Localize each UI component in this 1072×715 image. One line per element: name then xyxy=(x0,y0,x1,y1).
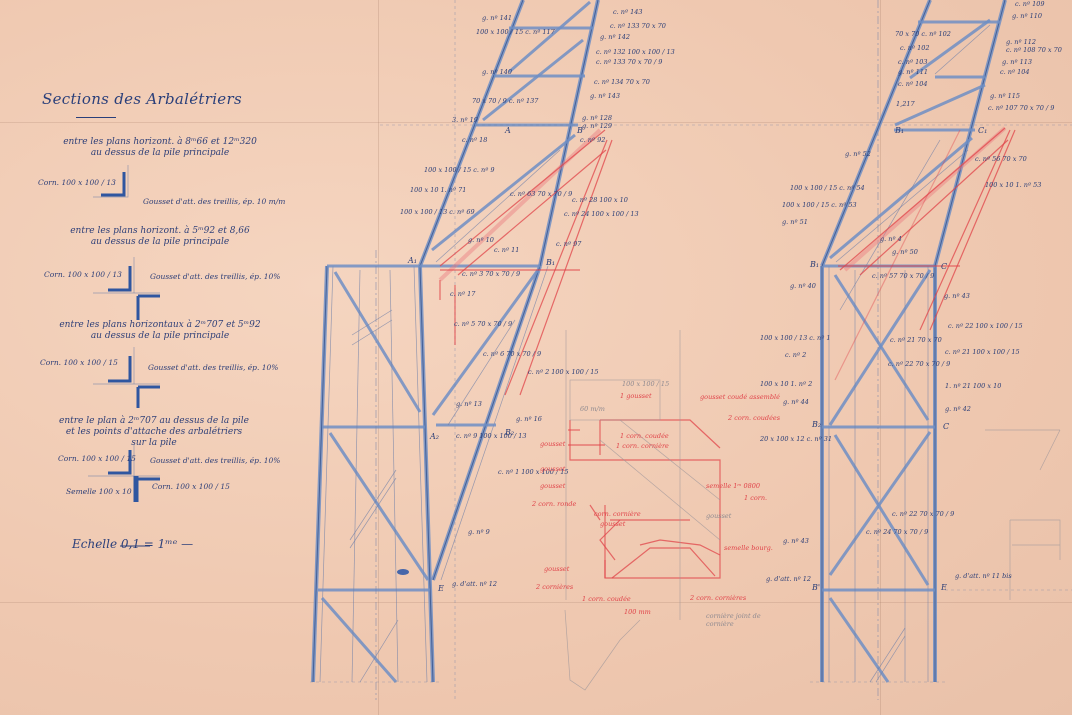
annotation: 70 x 70 c. nº 102 xyxy=(895,30,951,38)
annotation: 70 x 70 / 9 c. nº 137 xyxy=(472,97,538,105)
section-1-label-corner: Corn. 100 x 100 / 13 xyxy=(38,178,116,187)
annotation: c. nº 108 70 x 70 xyxy=(1006,46,1062,54)
drawing-title: Sections des Arbalétriers xyxy=(42,90,242,108)
node-label-a2: A₂ xyxy=(430,432,439,441)
title-underline xyxy=(76,117,116,118)
node-label-e: E xyxy=(438,584,444,593)
annotation: 1. nº 21 100 x 10 xyxy=(945,382,1001,390)
annotation: c. nº 133 70 x 70 / 9 xyxy=(596,58,662,66)
red-annotation: gousset xyxy=(540,482,565,490)
section-4-label-corner: Corn. 100 x 100 / 15 xyxy=(58,454,136,463)
annotation: c. nº 107 70 x 70 / 9 xyxy=(988,104,1054,112)
annotation: 100 x 100 / 13 c. nº 1 xyxy=(760,334,831,342)
annotation: g. d'att. nº 11 bis xyxy=(955,572,1012,580)
red-annotation: 1 corn. coudée xyxy=(620,432,669,440)
section-2-cross xyxy=(93,257,160,320)
annotation: 100 x 100 / 15 c. nº 54 xyxy=(790,184,865,192)
section-2-heading: entre les plans horizont. à 5ᵐ92 et 8,66… xyxy=(40,226,280,248)
node-label-b: B xyxy=(577,126,583,135)
annotation: c. nº 21 100 x 100 / 15 xyxy=(945,348,1020,356)
section-3-heading: entre les plans horizontaux à 2ᵐ707 et 5… xyxy=(40,320,280,342)
annotation: c. nº 18 xyxy=(462,136,487,144)
annotation: g. nº 44 xyxy=(783,398,809,406)
pencil-annotation: 100 x 100 / 15 xyxy=(622,380,669,388)
annotation: 100 x 10 1. nº 71 xyxy=(410,186,466,194)
annotation: 100 x 100 / 15 c. nº 117 xyxy=(476,28,555,36)
annotation: 100 x 10 1. nº 53 xyxy=(985,181,1041,189)
annotation: g. nº 140 xyxy=(482,68,512,76)
section-4-label-corner-2: Corn. 100 x 100 / 15 xyxy=(152,482,230,491)
annotation: c. nº 17 xyxy=(450,290,475,298)
annotation: g. d'att. nº 12 xyxy=(766,575,811,583)
annotation: c. nº 97 xyxy=(556,240,581,248)
red-annotation: 2 corn. coudées xyxy=(728,414,780,422)
annotation: g. nº 43 xyxy=(944,292,970,300)
annotation: c. nº 24 70 x 70 / 9 xyxy=(866,528,928,536)
annotation: c. nº 56 70 x 70 xyxy=(975,155,1027,163)
annotation: g. nº 4 xyxy=(880,235,902,243)
annotation: c. nº 102 xyxy=(900,44,930,52)
annotation: c. nº 143 xyxy=(613,8,643,16)
annotation: 100 x 100 / 15 c. nº 9 xyxy=(424,166,495,174)
annotation: g. nº 113 xyxy=(1002,58,1032,66)
annotation: c. nº 6 70 x 70 / 9 xyxy=(483,350,541,358)
annotation: c. nº 104 xyxy=(898,80,928,88)
node-label-c: C xyxy=(941,262,947,271)
annotation: c. nº 104 xyxy=(1000,68,1030,76)
annotation: 3. nº 19 xyxy=(452,116,478,124)
annotation: g. nº 111 xyxy=(898,68,928,76)
node-label-e-right: E xyxy=(941,583,947,592)
red-annotation: 1 gousset xyxy=(620,392,652,400)
red-annotation: gousset xyxy=(540,465,565,473)
annotation: c. nº 132 100 x 100 / 13 xyxy=(596,48,675,56)
annotation: c. nº 63 70 x 70 / 9 xyxy=(510,190,572,198)
section-1-label-gusset: Gousset d'att. des treillis, ép. 10 m/m xyxy=(143,197,285,206)
section-4-label-semelle: Semelle 100 x 10 xyxy=(66,487,132,496)
pencil-annotation: cornière joint de cornière xyxy=(706,612,766,628)
annotation: c. nº 109 xyxy=(1015,0,1045,8)
annotation: g. nº 141 xyxy=(482,14,512,22)
annotation: c. nº 24 100 x 100 / 13 xyxy=(564,210,639,218)
node-label-b1: B₁ xyxy=(546,258,555,267)
section-4-label-gusset: Gousset d'att. des treillis, ép. 10% xyxy=(150,456,280,465)
annotation: g. nº 16 xyxy=(516,415,542,423)
annotation: 100 x 100 / 13 c. nº 69 xyxy=(400,208,475,216)
annotation: g. nº 110 xyxy=(1012,12,1042,20)
node-label-b-prime: B' xyxy=(812,583,820,592)
scale-label: Echelle 0,1 = 1ᵐᵉ — xyxy=(72,537,193,551)
annotation: c. nº 28 100 x 10 xyxy=(572,196,628,204)
node-label-a: A xyxy=(505,126,511,135)
annotation: g. nº 42 xyxy=(945,405,971,413)
section-2-label-corner: Corn. 100 x 100 / 13 xyxy=(44,270,122,279)
red-annotation: 1 corn. coudée xyxy=(582,595,631,603)
section-3-label-gusset: Gousset d'att. des treillis, ép. 10% xyxy=(148,363,278,372)
annotation: g. nº 51 xyxy=(782,218,808,226)
red-annotation: gousset xyxy=(540,440,565,448)
node-label-c1: C₁ xyxy=(978,126,987,135)
node-label-b-right: B₁ xyxy=(895,126,904,135)
annotation: c. nº 22 70 x 70 / 9 xyxy=(892,510,954,518)
annotation: 1,217 xyxy=(896,100,915,108)
annotation: c. nº 21 70 x 70 xyxy=(890,336,942,344)
annotation: 100 x 100 / 15 c. nº 53 xyxy=(782,201,857,209)
annotation: c. nº 2 xyxy=(785,351,806,359)
node-label-a1: A₁ xyxy=(408,256,417,265)
left-pile-frame xyxy=(310,250,440,700)
annotation: c. nº 103 xyxy=(898,58,928,66)
annotation: g. nº 142 xyxy=(600,33,630,41)
section-3-cross xyxy=(93,347,160,408)
annotation: g. nº 143 xyxy=(590,92,620,100)
annotation: c. nº 3 70 x 70 / 9 xyxy=(462,270,520,278)
annotation: g. nº 13 xyxy=(456,400,482,408)
annotation: 20 x 100 x 12 c. nº 31 xyxy=(760,435,832,443)
red-annotation: 2 cornières xyxy=(536,583,573,591)
annotation: c. nº 22 70 x 70 / 9 xyxy=(888,360,950,368)
annotation: g. nº 112 xyxy=(1006,38,1036,46)
node-label-b2: B₂ xyxy=(505,428,514,437)
annotation: c. nº 9 100 x 100 / 13 xyxy=(456,432,527,440)
annotation: g. nº 40 xyxy=(790,282,816,290)
red-annotation: semelle bourg. xyxy=(724,544,773,552)
node-label-b-pile: B₁ xyxy=(810,260,819,269)
annotation: c. nº 2 100 x 100 / 15 xyxy=(528,368,599,376)
red-annotation: corn. cornière xyxy=(594,510,641,518)
section-1-heading: entre les plans horizont. à 8ᵐ66 et 12ᵐ3… xyxy=(40,137,280,159)
red-annotation: gousset coudé assemblé xyxy=(700,393,780,401)
annotation: g. nº 43 xyxy=(783,537,809,545)
annotation: g. nº 10 xyxy=(468,236,494,244)
annotation: c. nº 5 70 x 70 / 9 xyxy=(454,320,512,328)
annotation: g. nº 52 xyxy=(845,150,871,158)
annotation: g. nº 129 xyxy=(582,122,612,130)
node-label-c-lower: C xyxy=(943,422,949,431)
annotation: c. nº 57 70 x 70 / 9 xyxy=(872,272,934,280)
node-label-b2-right: B₂ xyxy=(812,420,821,429)
section-3-label-corner: Corn. 100 x 100 / 15 xyxy=(40,358,118,367)
annotation: c. nº 22 100 x 100 / 15 xyxy=(948,322,1023,330)
annotation: c. nº 134 70 x 70 xyxy=(594,78,650,86)
annotation: g. nº 50 xyxy=(892,248,918,256)
red-annotation: 100 mm xyxy=(624,608,651,616)
red-annotation: 1 corn. cornière xyxy=(616,442,669,450)
section-2-label-gusset: Gousset d'att. des treillis, ép. 10% xyxy=(150,272,280,281)
red-annotation: 1 corn. xyxy=(744,494,767,502)
red-annotation: semelle 1ᵐ 0800 xyxy=(706,482,760,490)
pencil-annotation: 60 m/m xyxy=(580,405,605,413)
red-annotation: gousset xyxy=(544,565,569,573)
annotation: 100 x 10 1. nº 2 xyxy=(760,380,812,388)
annotation: g. nº 115 xyxy=(990,92,1020,100)
section-4-heading: entre le plan à 2ᵐ707 au dessus de la pi… xyxy=(34,416,274,449)
annotation: c. nº 92 xyxy=(580,136,605,144)
annotation: c. nº 11 xyxy=(494,246,519,254)
annotation: g. d'att. nº 12 xyxy=(452,580,497,588)
red-annotation: gousset xyxy=(600,520,625,528)
annotation: c. nº 133 70 x 70 xyxy=(610,22,666,30)
annotation: g. nº 9 xyxy=(468,528,490,536)
annotation: g. nº 128 xyxy=(582,114,612,122)
pencil-annotation: gousset xyxy=(706,512,731,520)
red-annotation: 2 corn. cornières xyxy=(690,594,746,602)
red-annotation: 2 corn. ronde xyxy=(532,500,576,508)
